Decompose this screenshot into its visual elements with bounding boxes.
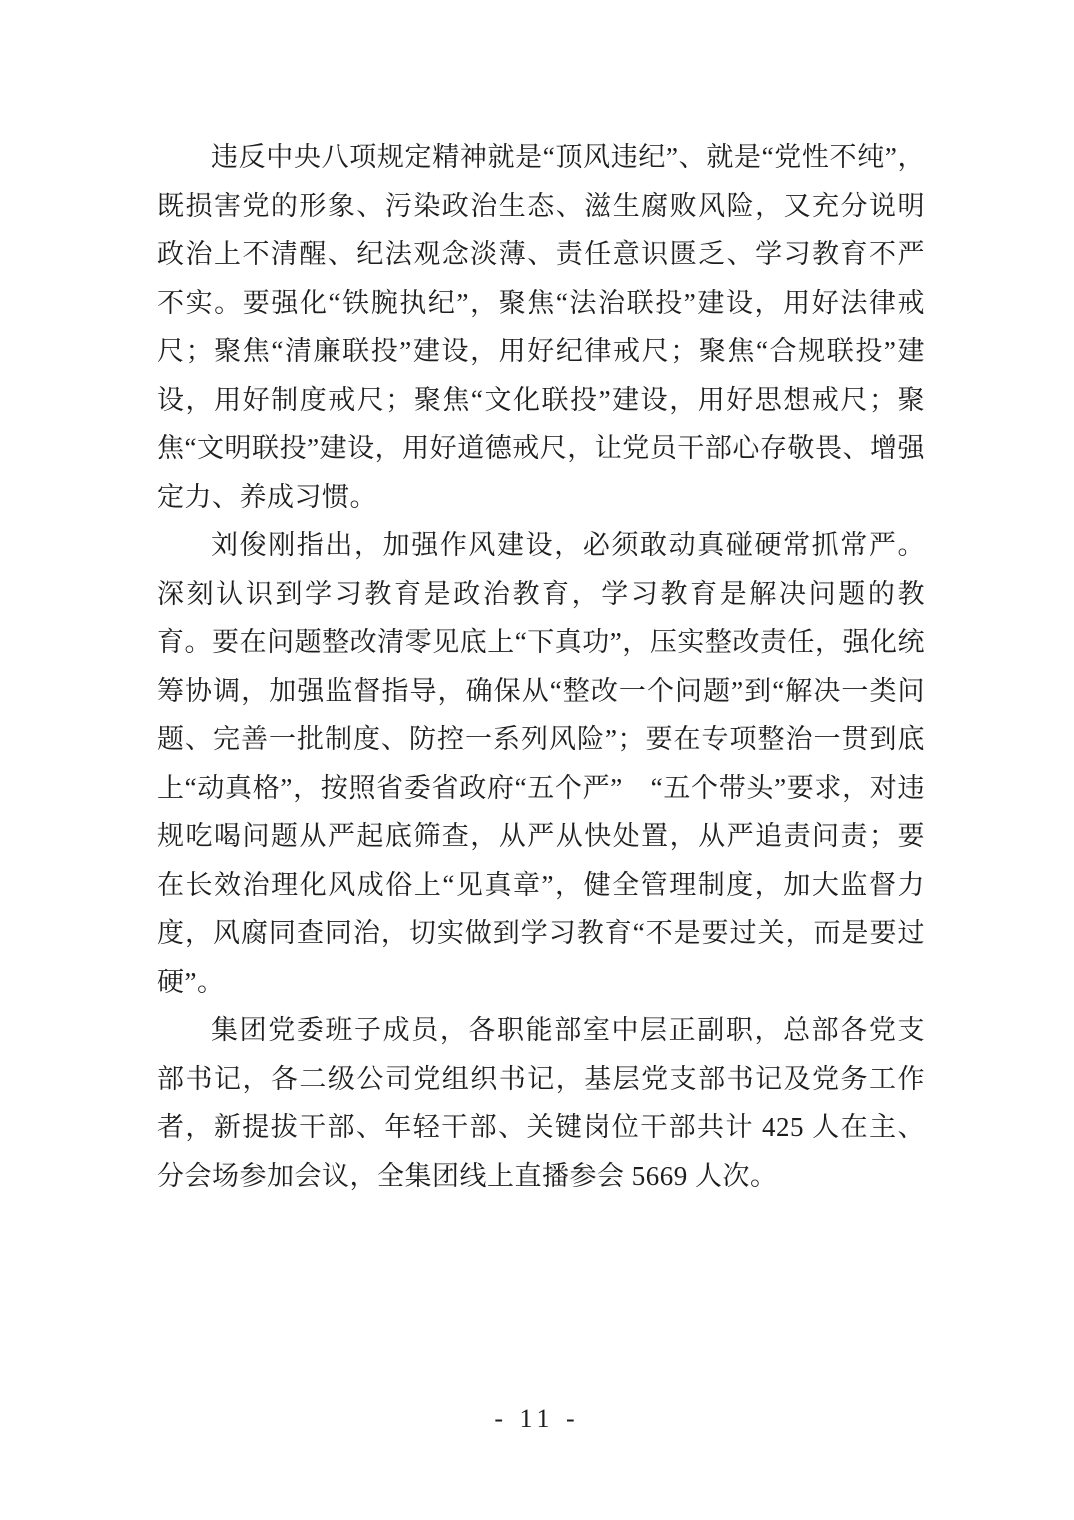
paragraph-1: 违反中央八项规定精神就是“顶风违纪”、就是“党性不纯”，既损害党的形象、污染政治… [157, 133, 925, 521]
paragraph-3: 集团党委班子成员，各职能部室中层正副职，总部各党支部书记，各二级公司党组织书记，… [157, 1006, 925, 1200]
document-page: 违反中央八项规定精神就是“顶风违纪”、就是“党性不纯”，既损害党的形象、污染政治… [0, 0, 1074, 1520]
document-body: 违反中央八项规定精神就是“顶风违纪”、就是“党性不纯”，既损害党的形象、污染政治… [157, 133, 925, 1200]
paragraph-2: 刘俊刚指出，加强作风建设，必须敢动真碰硬常抓常严。深刻认识到学习教育是政治教育，… [157, 521, 925, 1006]
page-number: - 11 - [0, 1404, 1074, 1434]
